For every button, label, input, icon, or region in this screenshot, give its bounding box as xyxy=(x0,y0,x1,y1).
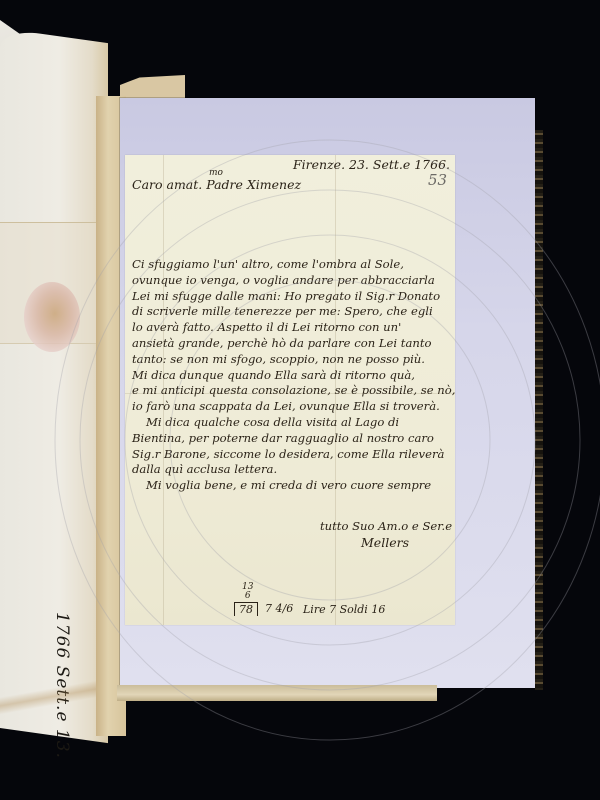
calculation-result: 7 4/6 xyxy=(265,602,293,615)
closing-line: Mi voglia bene, e mi creda di vero cuore… xyxy=(132,478,455,494)
folio-number: 53 xyxy=(428,171,447,189)
left-page-scribble xyxy=(0,680,100,720)
marginal-note: Lire 7 Soldi 16 xyxy=(303,603,385,616)
calculation-top: 13 6 xyxy=(242,583,253,601)
letter-signature: Mellers xyxy=(361,535,409,550)
body-line: e mi anticipi questa consolazione, se è … xyxy=(132,383,455,399)
letter-dateline: Firenze. 23. Sett.e 1766. xyxy=(293,157,450,172)
archive-photo: 1766 Sett.e 13. Firenze. 23. Sett.e 1766… xyxy=(0,0,600,800)
page-bottom-edge xyxy=(117,685,437,701)
body-line: dalla quì acclusa lettera. xyxy=(132,462,455,478)
body-line: di scriverle mille tenerezze per me: Spe… xyxy=(132,304,455,320)
letter-closing: tutto Suo Am.o e Ser.e xyxy=(320,519,452,533)
body-line: Bientina, per poterne dar ragguaglio al … xyxy=(132,431,455,447)
body-line: io farò una scappata da Lei, ovunque Ell… xyxy=(132,399,455,415)
letter-salutation: Caro amat. Padre Ximenez xyxy=(132,177,301,192)
body-line: ovunque io venga, o voglia andare per ab… xyxy=(132,273,455,289)
torn-page-edge xyxy=(120,75,185,100)
calculation-box: 78 xyxy=(234,602,258,616)
body-line: ansietà grande, perchè hò da parlare con… xyxy=(132,336,455,352)
right-page-edge xyxy=(535,130,543,690)
body-line: lo averà fatto. Aspetto il di Lei ritorn… xyxy=(132,320,455,336)
letter-body: Ci sfuggiamo l'un' altro, come l'ombra a… xyxy=(132,257,455,494)
body-line: Sig.r Barone, siccome lo desidera, come … xyxy=(132,447,455,463)
body-line: Mi dica qualche cosa della visita al Lag… xyxy=(132,415,455,431)
wax-seal-stain xyxy=(24,282,80,352)
body-line: tanto: se non mi sfogo, scoppio, non ne … xyxy=(132,352,455,368)
body-line: Ci sfuggiamo l'un' altro, come l'ombra a… xyxy=(132,257,455,273)
body-line: Mi dica dunque quando Ella sarà di ritor… xyxy=(132,368,455,384)
calc-top-sub: 6 xyxy=(245,591,251,601)
body-line: Lei mi sfugge dalle mani: Ho pregato il … xyxy=(132,289,455,305)
letter-sheet: Firenze. 23. Sett.e 1766. 53 mo Caro ama… xyxy=(125,155,455,625)
